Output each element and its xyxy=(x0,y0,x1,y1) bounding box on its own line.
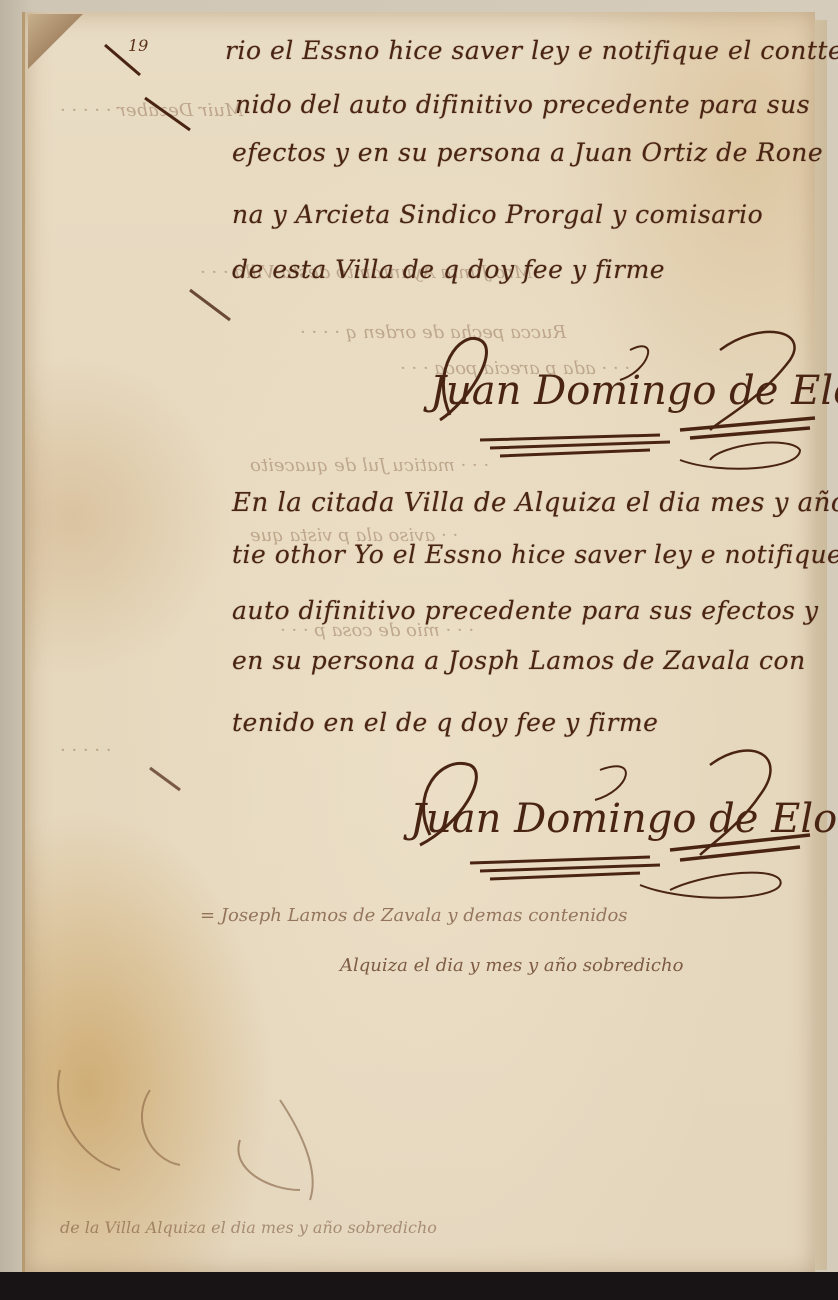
pen-strokes-decoration xyxy=(0,0,838,1300)
scan-bottom-edge xyxy=(0,1272,838,1300)
